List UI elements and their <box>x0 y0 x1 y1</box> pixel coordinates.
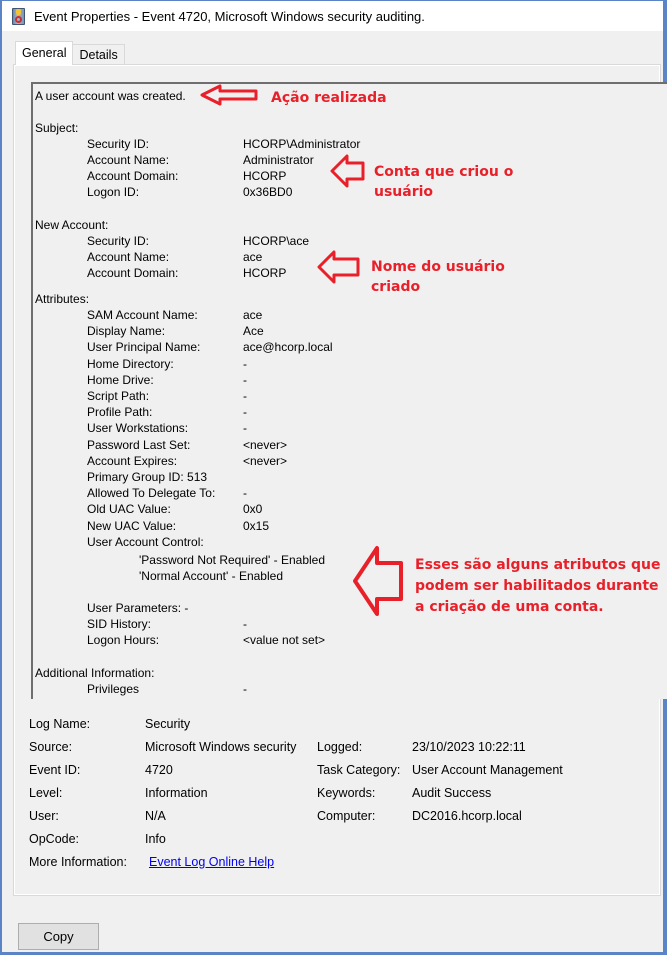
annotation-attrs-line3: a criação de uma conta. <box>415 597 604 617</box>
uac-flag: 'Normal Account' - Enabled <box>139 568 283 584</box>
computer-label: Computer: <box>317 808 375 824</box>
event-summary: A user account was created. <box>35 88 186 104</box>
annotation-arrow-icon <box>330 154 366 188</box>
field-value: - <box>243 404 247 420</box>
additional-info-heading: Additional Information: <box>35 665 154 681</box>
field-value: - <box>243 388 247 404</box>
user-label: User: <box>29 808 59 824</box>
field-label: User Parameters: - <box>87 600 188 616</box>
window-title: Event Properties - Event 4720, Microsoft… <box>34 9 425 24</box>
annotation-creator-line1: Conta que criou o <box>374 162 513 182</box>
field-value: <value not set> <box>243 632 325 648</box>
field-label: Account Name: <box>87 152 169 168</box>
field-value: HCORP\Administrator <box>243 136 360 152</box>
event-id-value: 4720 <box>145 762 173 778</box>
field-label: Display Name: <box>87 323 165 339</box>
source-value: Microsoft Windows security <box>145 739 296 755</box>
tab-general[interactable]: General <box>15 41 73 65</box>
field-label: Privileges <box>87 681 139 697</box>
field-value: 0x36BD0 <box>243 184 292 200</box>
annotation-arrow-icon <box>200 84 260 106</box>
tab-strip: General Details <box>15 41 125 65</box>
field-label: Home Directory: <box>87 356 174 372</box>
field-value: - <box>243 372 247 388</box>
annotation-creator-line2: usuário <box>374 182 433 202</box>
field-value: - <box>243 681 247 697</box>
field-label: SAM Account Name: <box>87 307 198 323</box>
user-value: N/A <box>145 808 166 824</box>
annotation-arrow-icon <box>352 545 404 617</box>
field-label: Logon Hours: <box>87 632 159 648</box>
annotation-attrs-line1: Esses são alguns atributos que <box>415 555 660 575</box>
field-value: - <box>243 420 247 436</box>
uac-flag: 'Password Not Required' - Enabled <box>139 552 325 568</box>
field-label: User Principal Name: <box>87 339 200 355</box>
event-viewer-icon <box>12 7 26 25</box>
field-value: 0x15 <box>243 518 269 534</box>
field-value: - <box>243 616 247 632</box>
field-value: ace <box>243 249 262 265</box>
field-label: Account Domain: <box>87 168 178 184</box>
field-label: Primary Group ID: 513 <box>87 469 207 485</box>
event-id-label: Event ID: <box>29 762 80 778</box>
field-label: Profile Path: <box>87 404 152 420</box>
field-label: Script Path: <box>87 388 149 404</box>
field-label: User Workstations: <box>87 420 188 436</box>
new-account-heading: New Account: <box>35 217 108 233</box>
more-info-label: More Information: <box>29 854 127 870</box>
field-label: Security ID: <box>87 233 149 249</box>
event-log-online-help-link[interactable]: Event Log Online Help <box>149 854 274 870</box>
field-label: Security ID: <box>87 136 149 152</box>
field-label: SID History: <box>87 616 151 632</box>
source-label: Source: <box>29 739 72 755</box>
field-label: Account Name: <box>87 249 169 265</box>
field-value: ace <box>243 307 262 323</box>
field-value: - <box>243 485 247 501</box>
log-name-value: Security <box>145 716 190 732</box>
field-label: User Account Control: <box>87 534 204 550</box>
opcode-label: OpCode: <box>29 831 79 847</box>
keywords-label: Keywords: <box>317 785 375 801</box>
annotation-arrow-icon <box>317 250 361 284</box>
field-value: HCORP\ace <box>243 233 309 249</box>
field-value: Administrator <box>243 152 314 168</box>
field-label: Account Expires: <box>87 453 177 469</box>
title-bar: Event Properties - Event 4720, Microsoft… <box>2 1 663 31</box>
copy-button[interactable]: Copy <box>18 923 99 950</box>
field-value: HCORP <box>243 168 286 184</box>
logged-label: Logged: <box>317 739 362 755</box>
level-value: Information <box>145 785 208 801</box>
field-label: Old UAC Value: <box>87 501 171 517</box>
annotation-action: Ação realizada <box>271 88 387 108</box>
task-category-label: Task Category: <box>317 762 400 778</box>
event-properties-window: Event Properties - Event 4720, Microsoft… <box>0 0 667 955</box>
tab-details[interactable]: Details <box>72 44 124 65</box>
keywords-value: Audit Success <box>412 785 491 801</box>
general-tab-panel: A user account was created. Subject: Sec… <box>13 64 661 896</box>
attributes-heading: Attributes: <box>35 291 89 307</box>
subject-heading: Subject: <box>35 120 78 136</box>
field-label: New UAC Value: <box>87 518 176 534</box>
field-value: HCORP <box>243 265 286 281</box>
opcode-value: Info <box>145 831 166 847</box>
field-label: Account Domain: <box>87 265 178 281</box>
field-value: 0x0 <box>243 501 262 517</box>
logged-value: 23/10/2023 10:22:11 <box>412 739 526 755</box>
task-category-value: User Account Management <box>412 762 563 778</box>
computer-value: DC2016.hcorp.local <box>412 808 522 824</box>
field-label: Home Drive: <box>87 372 154 388</box>
field-value: - <box>243 356 247 372</box>
level-label: Level: <box>29 785 62 801</box>
annotation-created-line2: criado <box>371 277 420 297</box>
field-label: Logon ID: <box>87 184 139 200</box>
field-value: ace@hcorp.local <box>243 339 333 355</box>
annotation-created-line1: Nome do usuário <box>371 257 505 277</box>
field-label: Password Last Set: <box>87 437 190 453</box>
field-value: <never> <box>243 437 287 453</box>
field-value: <never> <box>243 453 287 469</box>
annotation-attrs-line2: podem ser habilitados durante <box>415 576 659 596</box>
field-value: Ace <box>243 323 264 339</box>
field-label: Allowed To Delegate To: <box>87 485 215 501</box>
log-name-label: Log Name: <box>29 716 90 732</box>
